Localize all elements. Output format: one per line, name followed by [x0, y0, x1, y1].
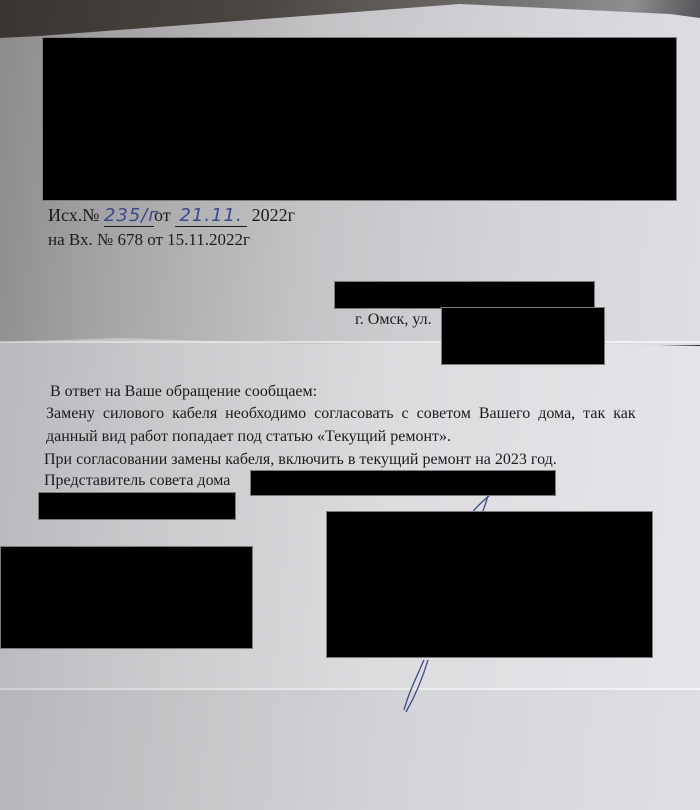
- redacted-representative-detail: [38, 492, 236, 520]
- outgoing-year: 2022г: [252, 205, 295, 225]
- redacted-recipient-address: [441, 307, 605, 365]
- body-line-2: данный вид работ попадает под статью «Те…: [46, 428, 451, 446]
- redacted-signatory-right: [326, 511, 653, 658]
- outgoing-date-handwritten: 21.11.: [175, 205, 247, 227]
- fold-crease: [0, 688, 700, 690]
- redacted-representative-name: [250, 470, 556, 496]
- redacted-letterhead: [42, 37, 677, 201]
- outgoing-label: Исх.№: [48, 205, 99, 225]
- paper-bottom-fold: [0, 688, 700, 810]
- from-label: от: [154, 205, 171, 225]
- incoming-reference: на Вх. № 678 от 15.11.2022г: [48, 230, 250, 250]
- redacted-recipient-name: [334, 281, 595, 309]
- representative-label: Представитель совета дома: [44, 472, 230, 490]
- outgoing-number-handwritten: 235/г: [104, 205, 154, 227]
- body-line-3: При согласовании замены кабеля, включить…: [44, 451, 557, 469]
- recipient-address-city: г. Омск, ул.: [355, 311, 432, 329]
- body-intro: В ответ на Ваше обращение сообщаем:: [50, 383, 317, 401]
- redacted-signatory-left: [0, 546, 253, 649]
- outgoing-number-line: Исх.№ 235/гот 21.11. 2022г: [48, 205, 295, 227]
- body-line-1: Замену силового кабеля необходимо соглас…: [46, 405, 636, 423]
